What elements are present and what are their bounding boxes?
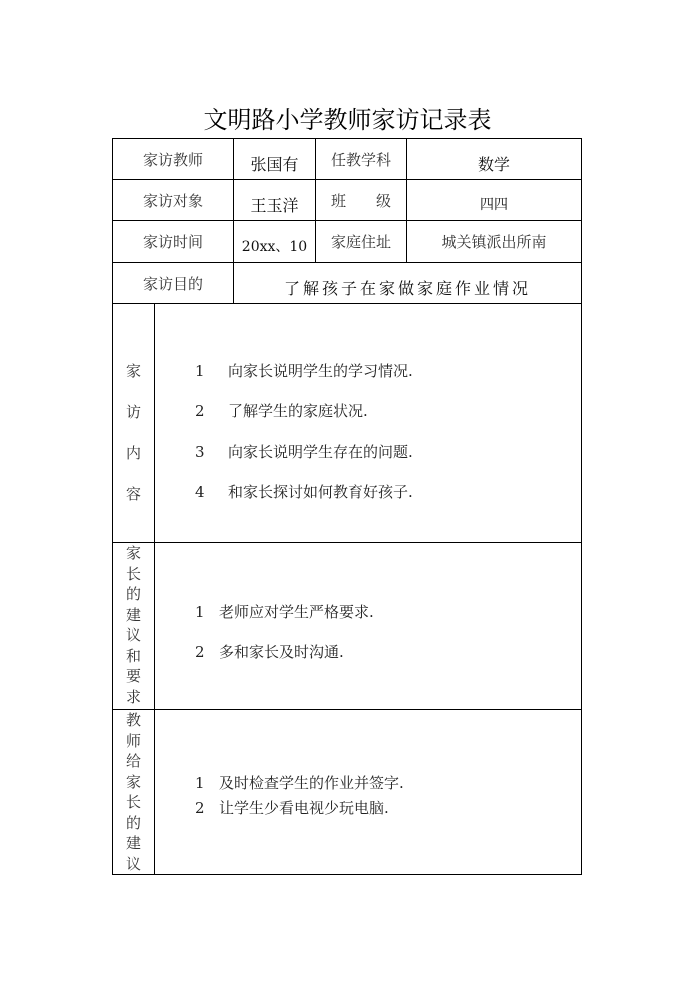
label-char: 议 xyxy=(126,854,141,875)
label-char: 和 xyxy=(126,646,141,667)
list-item: 1老师应对学生严格要求. xyxy=(195,601,374,622)
home-visit-table: 家访教师 张国有 任教学科 数学 家访对象 王玉洋 班 级 四四 家访时间 20… xyxy=(112,138,582,875)
visit-content-label: 家 访 内 容 xyxy=(113,304,155,543)
label-char: 长 xyxy=(126,792,141,813)
label-char: 长 xyxy=(126,564,141,585)
subject-value: 数学 xyxy=(407,139,581,180)
teacher-suggestions-label: 教 师 给 家 长 的 建 议 xyxy=(113,710,155,874)
label-char: 建 xyxy=(126,833,141,854)
list-item: 2让学生少看电视少玩电脑. xyxy=(195,797,389,818)
visit-content-body: 1向家长说明学生的学习情况. 2了解学生的家庭状况. 3向家长说明学生存在的问题… xyxy=(155,304,581,543)
label-char: 的 xyxy=(126,584,141,605)
address-label: 家庭住址 xyxy=(316,221,407,263)
label-char: 内 xyxy=(126,433,141,474)
parent-suggestions-label: 家 长 的 建 议 和 要 求 xyxy=(113,543,155,710)
time-label: 家访时间 xyxy=(113,221,234,263)
target-label: 家访对象 xyxy=(113,180,234,221)
label-char: 建 xyxy=(126,605,141,626)
list-item: 4和家长探讨如何教育好孩子. xyxy=(195,481,413,502)
label-char: 访 xyxy=(126,392,141,433)
list-item: 3向家长说明学生存在的问题. xyxy=(195,441,413,462)
target-value: 王玉洋 xyxy=(234,180,316,221)
class-value: 四四 xyxy=(407,180,581,221)
label-char: 议 xyxy=(126,625,141,646)
label-char: 师 xyxy=(126,731,141,752)
list-item: 2了解学生的家庭状况. xyxy=(195,400,368,421)
label-char: 家 xyxy=(126,543,141,564)
label-char: 求 xyxy=(126,687,141,708)
address-value: 城关镇派出所南 xyxy=(407,221,581,263)
teacher-value: 张国有 xyxy=(234,139,316,180)
list-item: 1向家长说明学生的学习情况. xyxy=(195,360,413,381)
label-char: 家 xyxy=(126,772,141,793)
class-label: 班 级 xyxy=(316,180,407,221)
label-char: 教 xyxy=(126,710,141,731)
time-value: 20xx、10 xyxy=(234,221,316,263)
list-item: 2多和家长及时沟通. xyxy=(195,641,344,662)
list-item: 1及时检查学生的作业并签字. xyxy=(195,772,404,793)
label-char: 容 xyxy=(126,474,141,515)
label-char: 给 xyxy=(126,751,141,772)
teacher-label: 家访教师 xyxy=(113,139,234,180)
subject-label: 任教学科 xyxy=(316,139,407,180)
label-char: 的 xyxy=(126,813,141,834)
purpose-label: 家访目的 xyxy=(113,263,234,304)
teacher-suggestions-body: 1及时检查学生的作业并签字. 2让学生少看电视少玩电脑. xyxy=(155,710,581,874)
parent-suggestions-body: 1老师应对学生严格要求. 2多和家长及时沟通. xyxy=(155,543,581,710)
label-char: 要 xyxy=(126,666,141,687)
page-title: 文明路小学教师家访记录表 xyxy=(0,100,695,135)
purpose-value: 了解孩子在家做家庭作业情况 xyxy=(234,263,581,304)
label-char: 家 xyxy=(126,351,141,392)
